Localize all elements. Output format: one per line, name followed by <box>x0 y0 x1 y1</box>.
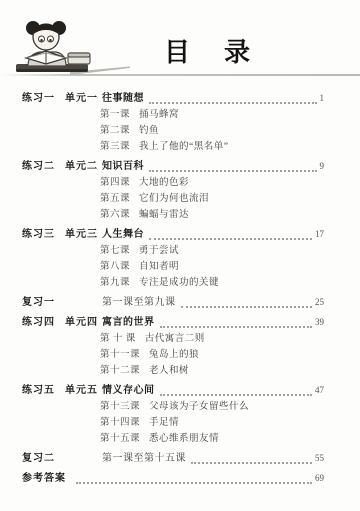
lesson-list: 第十三课 父母该为子女留些什么 第十四课 手足情 第十五课 悉心维系朋友情 <box>22 399 324 447</box>
lesson-title: 专注是成功的关键 <box>139 275 219 291</box>
section-title: 知识百科 <box>102 159 144 175</box>
lesson-row: 第十四课 手足情 <box>100 415 324 431</box>
lesson-title: 捅马蜂窝 <box>139 107 179 123</box>
lesson-title: 大地的色彩 <box>139 175 189 191</box>
toc-section: 练习四 单元四 寓言的世界 39 第 十 课 古代寓言二则 第十一课 兔岛上的狼… <box>22 314 324 379</box>
lesson-number: 第九课 <box>100 275 130 291</box>
unit-label: 单元三 <box>65 227 102 243</box>
toc-entry-row: 练习二 单元二 知识百科 9 <box>22 158 324 175</box>
page-number: 69 <box>315 470 324 487</box>
toc-entry-row: 复习二 第一课至第十五课 55 <box>22 450 324 467</box>
lesson-list: 第一课 捅马蜂窝 第二课 钓鱼 第三课 我上了他的“黑名单” <box>22 107 324 155</box>
lesson-title: 手足情 <box>149 415 179 431</box>
exercise-label: 练习五 <box>22 383 65 399</box>
lesson-row: 第三课 我上了他的“黑名单” <box>100 139 324 155</box>
toc-entry-row: 练习三 单元三 人生舞台 17 <box>22 226 324 243</box>
page-number: 39 <box>315 314 324 331</box>
toc-section: 练习五 单元五 情义存心间 47 第十三课 父母该为子女留些什么 第十四课 手足… <box>22 382 324 447</box>
lesson-title: 老人和树 <box>149 363 189 379</box>
lesson-title: 它们为何也流泪 <box>139 191 209 207</box>
exercise-label: 复习一 <box>22 295 65 311</box>
lesson-list: 第 十 课 古代寓言二则 第十一课 兔岛上的狼 第十二课 老人和树 <box>22 331 324 379</box>
toc-entry-row: 练习五 单元五 情义存心间 47 <box>22 382 324 399</box>
lesson-number: 第十四课 <box>100 415 140 431</box>
toc-section: 复习二 第一课至第十五课 55 <box>22 450 324 467</box>
section-title: 寓言的世界 <box>102 315 155 331</box>
unit-label: 单元二 <box>65 159 102 175</box>
lesson-title: 蝙蝠与雷达 <box>139 207 189 223</box>
lesson-row: 第七课 勇于尝试 <box>100 243 324 259</box>
toc-entry-row: 练习一 单元一 往事随想 1 <box>22 90 324 107</box>
page-number: 1 <box>320 90 325 107</box>
lesson-row: 第二课 钓鱼 <box>100 123 324 139</box>
unit-label: 单元五 <box>65 383 102 399</box>
exercise-label: 练习四 <box>22 315 65 331</box>
page-number: 55 <box>315 450 324 467</box>
dotted-leader <box>181 306 313 308</box>
page-number: 47 <box>315 382 324 399</box>
dotted-leader <box>149 238 312 240</box>
section-title: 往事随想 <box>102 91 144 107</box>
lesson-row: 第一课 捅马蜂窝 <box>100 107 324 123</box>
section-title: 人生舞台 <box>102 227 144 243</box>
toc-entry-row: 参考答案 69 <box>22 470 324 487</box>
exercise-label: 练习一 <box>22 91 65 107</box>
toc-header: 目 录 <box>0 0 360 78</box>
lesson-title: 悉心维系朋友情 <box>149 431 219 447</box>
lesson-number: 第十五课 <box>100 431 140 447</box>
dotted-leader <box>191 462 312 464</box>
lesson-row: 第九课 专注是成功的关键 <box>100 275 324 291</box>
lesson-title: 我上了他的“黑名单” <box>139 139 228 155</box>
dotted-leader <box>76 482 312 484</box>
lesson-row: 第十五课 悉心维系朋友情 <box>100 431 324 447</box>
toc-entry-row: 复习一 第一课至第九课 25 <box>22 294 324 311</box>
exercise-label: 练习三 <box>22 227 65 243</box>
toc-section: 练习二 单元二 知识百科 9 第四课 大地的色彩 第五课 它们为何也流泪 第六课… <box>22 158 324 223</box>
toc-entry-row: 练习四 单元四 寓言的世界 39 <box>22 314 324 331</box>
lesson-number: 第五课 <box>100 191 130 207</box>
lesson-row: 第五课 它们为何也流泪 <box>100 191 324 207</box>
lesson-number: 第二课 <box>100 123 130 139</box>
lesson-row: 第十一课 兔岛上的狼 <box>100 347 324 363</box>
dotted-leader <box>160 394 313 396</box>
lesson-number: 第十一课 <box>100 347 140 363</box>
unit-label: 单元四 <box>65 315 102 331</box>
exercise-label: 练习二 <box>22 159 65 175</box>
lesson-number: 第八课 <box>100 259 130 275</box>
lesson-title: 勇于尝试 <box>139 243 179 259</box>
lesson-title: 父母该为子女留些什么 <box>149 399 249 415</box>
toc-section: 参考答案 69 <box>22 470 324 487</box>
exercise-label: 复习二 <box>22 451 65 467</box>
lesson-number: 第一课 <box>100 107 130 123</box>
section-title: 情义存心间 <box>102 383 155 399</box>
page-number: 17 <box>315 226 324 243</box>
lesson-number: 第三课 <box>100 139 130 155</box>
section-title: 第一课至第九课 <box>102 295 176 311</box>
exercise-label: 参考答案 <box>22 471 66 487</box>
lesson-number: 第十二课 <box>100 363 140 379</box>
lesson-title: 兔岛上的狼 <box>149 347 199 363</box>
unit-label: 单元一 <box>65 91 102 107</box>
toc-body: 练习一 单元一 往事随想 1 第一课 捅马蜂窝 第二课 钓鱼 第三课 我上了他的… <box>0 78 360 487</box>
lesson-row: 第四课 大地的色彩 <box>100 175 324 191</box>
dotted-leader <box>149 170 317 172</box>
lesson-number: 第四课 <box>100 175 130 191</box>
page-number: 25 <box>315 294 324 311</box>
lesson-row: 第八课 自知者明 <box>100 259 324 275</box>
lesson-list: 第四课 大地的色彩 第五课 它们为何也流泪 第六课 蝙蝠与雷达 <box>22 175 324 223</box>
toc-page: 目 录 练习一 单元一 往事随想 1 第一课 捅马蜂窝 第二课 钓鱼 第三课 我… <box>0 0 360 511</box>
lesson-title: 自知者明 <box>139 259 179 275</box>
lesson-row: 第十三课 父母该为子女留些什么 <box>100 399 324 415</box>
lesson-number: 第 十 课 <box>100 331 136 347</box>
lesson-title: 古代寓言二则 <box>145 331 205 347</box>
page-number: 9 <box>320 158 325 175</box>
lesson-number: 第六课 <box>100 207 130 223</box>
toc-section: 复习一 第一课至第九课 25 <box>22 294 324 311</box>
lesson-row: 第 十 课 古代寓言二则 <box>100 331 324 347</box>
section-title: 第一课至第十五课 <box>102 451 186 467</box>
dotted-leader <box>149 102 317 104</box>
lesson-row: 第十二课 老人和树 <box>100 363 324 379</box>
toc-section: 练习三 单元三 人生舞台 17 第七课 勇于尝试 第八课 自知者明 第九课 专注… <box>22 226 324 291</box>
toc-section: 练习一 单元一 往事随想 1 第一课 捅马蜂窝 第二课 钓鱼 第三课 我上了他的… <box>22 90 324 155</box>
lesson-row: 第六课 蝙蝠与雷达 <box>100 207 324 223</box>
lesson-number: 第七课 <box>100 243 130 259</box>
lesson-title: 钓鱼 <box>139 123 159 139</box>
lesson-list: 第七课 勇于尝试 第八课 自知者明 第九课 专注是成功的关键 <box>22 243 324 291</box>
lesson-number: 第十三课 <box>100 399 140 415</box>
page-title: 目 录 <box>0 32 360 69</box>
dotted-leader <box>160 326 313 328</box>
